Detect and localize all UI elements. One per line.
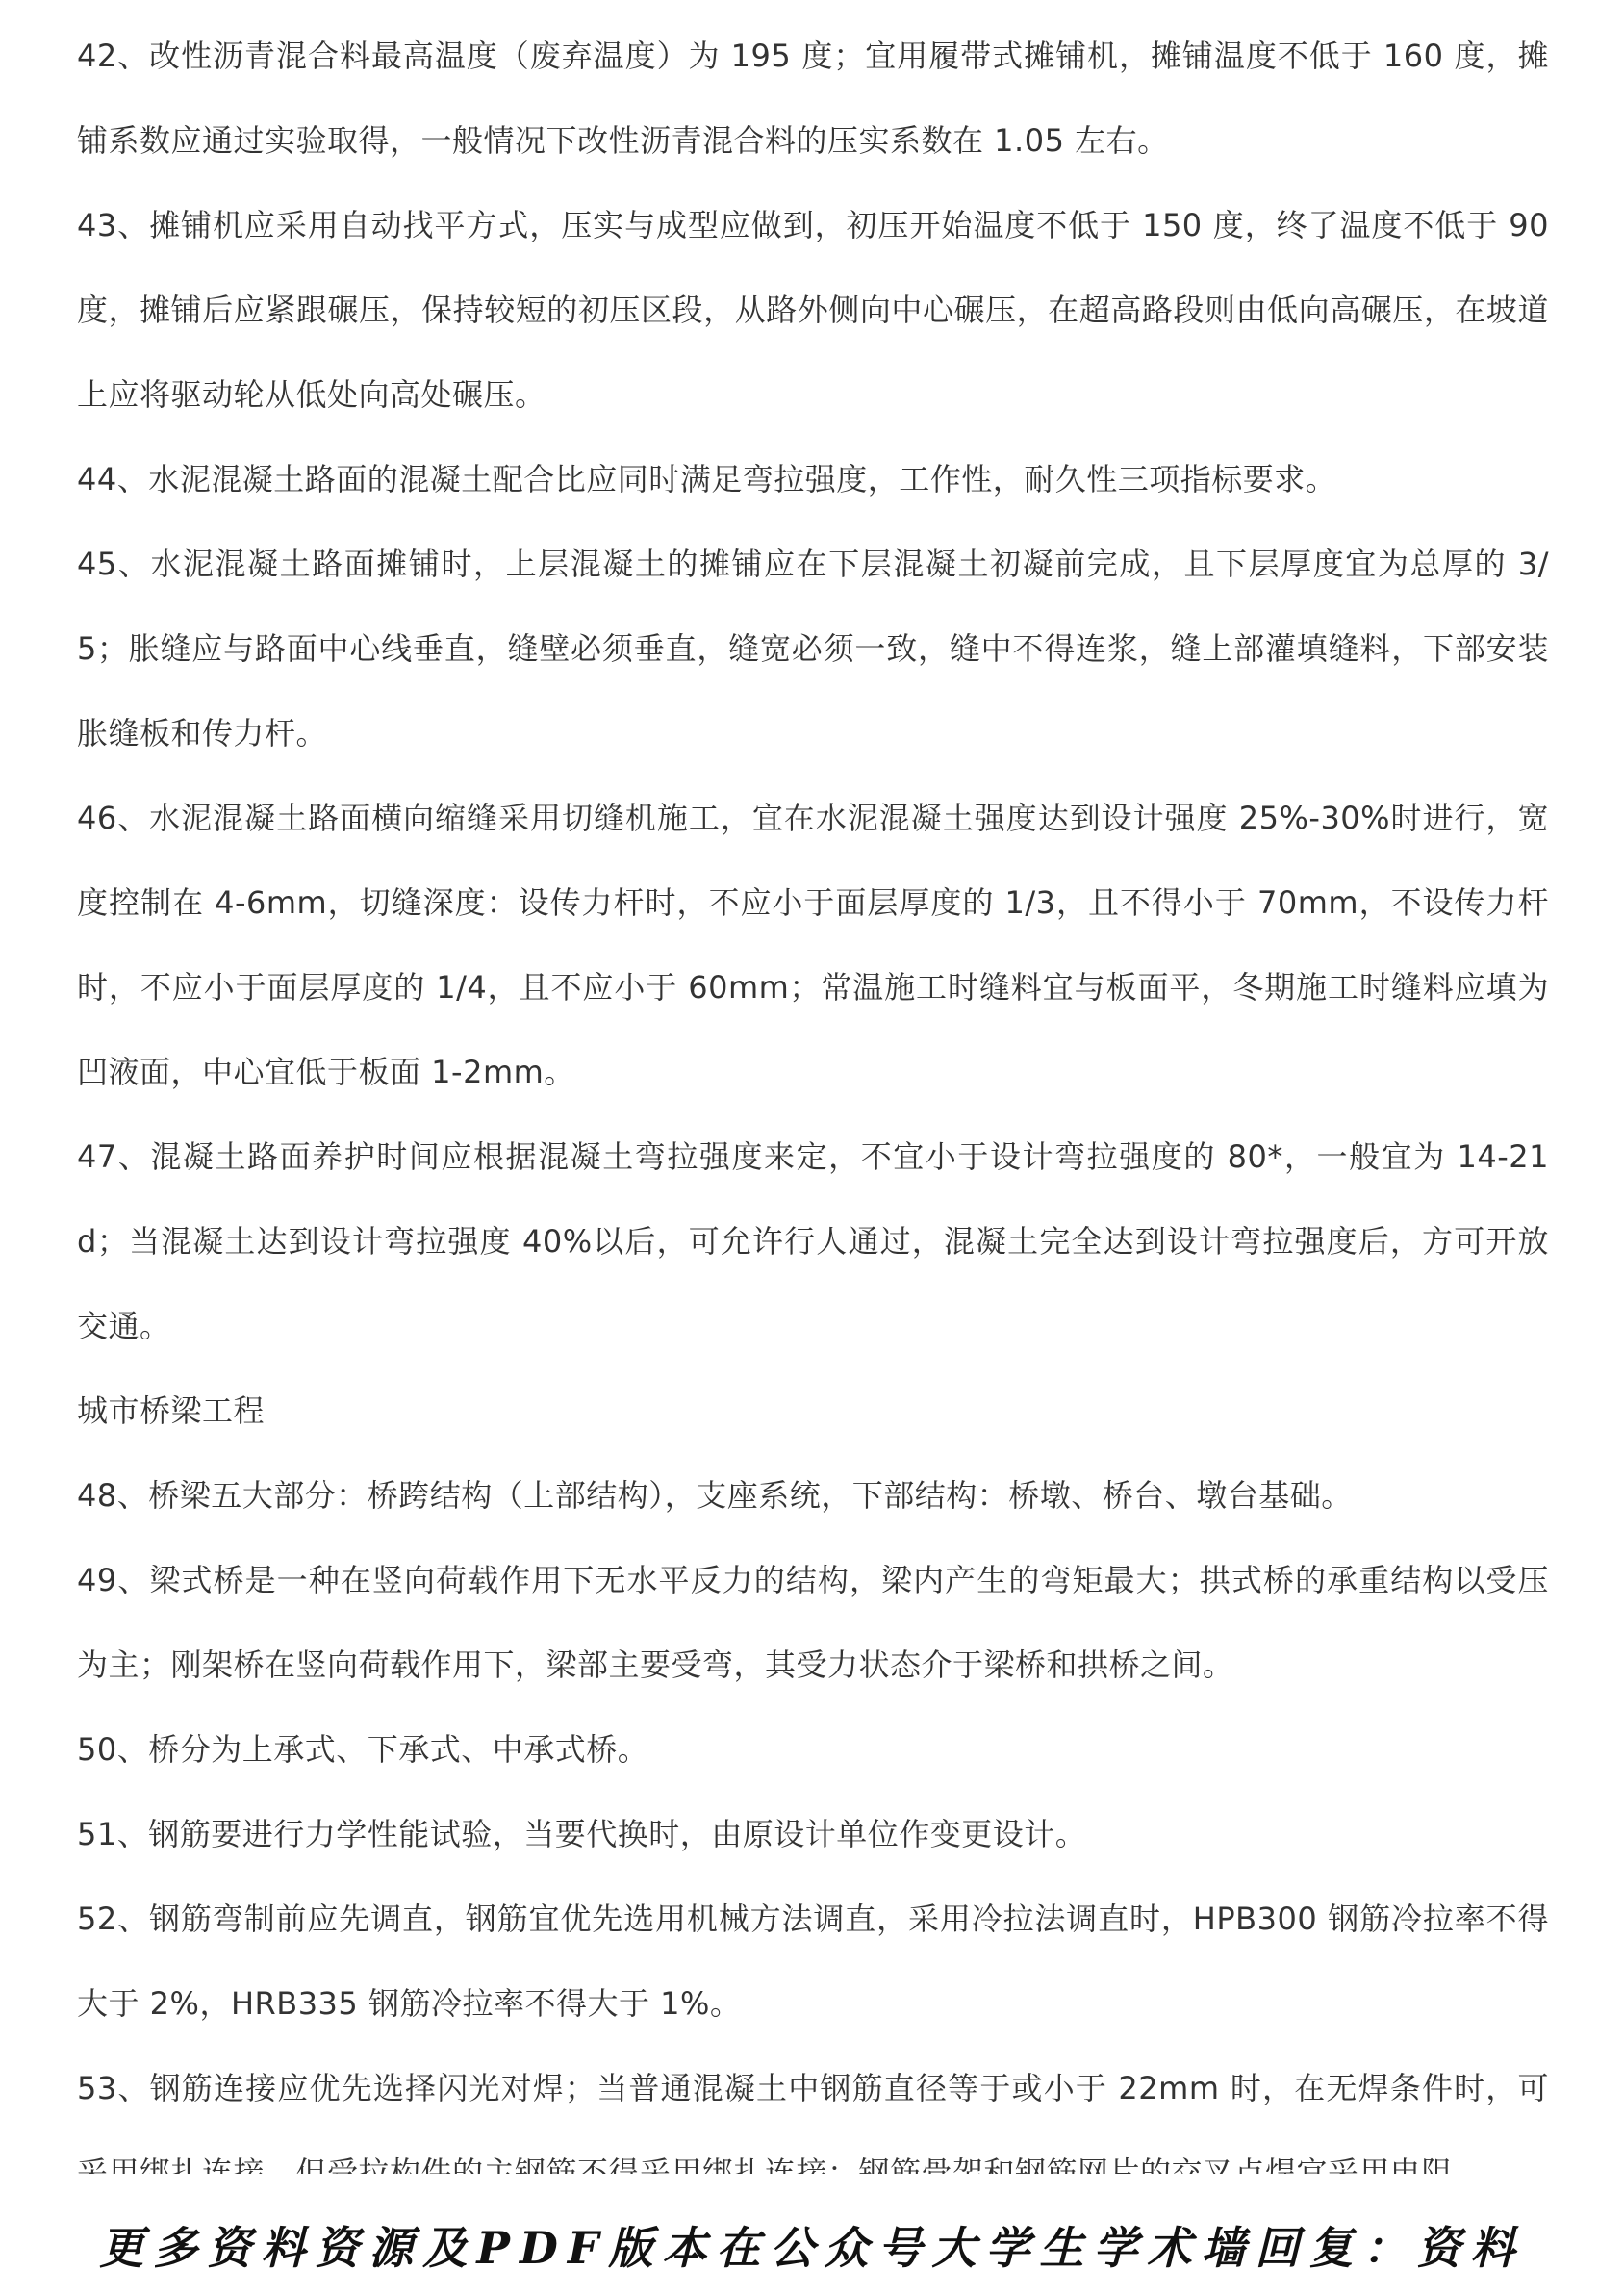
paragraph-item-53: 53、钢筋连接应优先选择闪光对焊；当普通混凝土中钢筋直径等于或小于 22mm 时… xyxy=(77,2046,1549,2174)
paragraph-item-43: 43、摊铺机应采用自动找平方式，压实与成型应做到，初压开始温度不低于 150 度… xyxy=(77,183,1549,437)
document-page: 42、改性沥青混合料最高温度（废弃温度）为 195 度；宜用履带式摊铺机，摊铺温… xyxy=(77,13,1549,2174)
paragraph-item-51: 51、钢筋要进行力学性能试验，当要代换时，由原设计单位作变更设计。 xyxy=(77,1792,1549,1876)
paragraph-item-50: 50、桥分为上承式、下承式、中承式桥。 xyxy=(77,1707,1549,1792)
paragraph-item-47: 47、混凝土路面养护时间应根据混凝土弯拉强度来定，不宜小于设计弯拉强度的 80*… xyxy=(77,1114,1549,1368)
paragraph-item-44: 44、水泥混凝土路面的混凝土配合比应同时满足弯拉强度，工作性，耐久性三项指标要求… xyxy=(77,437,1549,522)
section-heading: 城市桥梁工程 xyxy=(77,1368,1549,1453)
paragraph-item-46: 46、水泥混凝土路面横向缩缝采用切缝机施工，宜在水泥混凝土强度达到设计强度 25… xyxy=(77,776,1549,1114)
paragraph-item-45: 45、水泥混凝土路面摊铺时，上层混凝土的摊铺应在下层混凝土初凝前完成，且下层厚度… xyxy=(77,522,1549,776)
paragraph-item-48: 48、桥梁五大部分：桥跨结构（上部结构），支座系统，下部结构：桥墩、桥台、墩台基… xyxy=(77,1453,1549,1538)
paragraph-item-49: 49、梁式桥是一种在竖向荷载作用下无水平反力的结构，梁内产生的弯矩最大；拱式桥的… xyxy=(77,1538,1549,1707)
paragraph-item-42: 42、改性沥青混合料最高温度（废弃温度）为 195 度；宜用履带式摊铺机，摊铺温… xyxy=(77,13,1549,183)
footer-promo-text: 更多资料资源及PDF版本在公众号大学生学术墙回复：资料 xyxy=(0,2213,1624,2277)
paragraph-item-52: 52、钢筋弯制前应先调直，钢筋宜优先选用机械方法调直，采用冷拉法调直时，HPB3… xyxy=(77,1876,1549,2046)
